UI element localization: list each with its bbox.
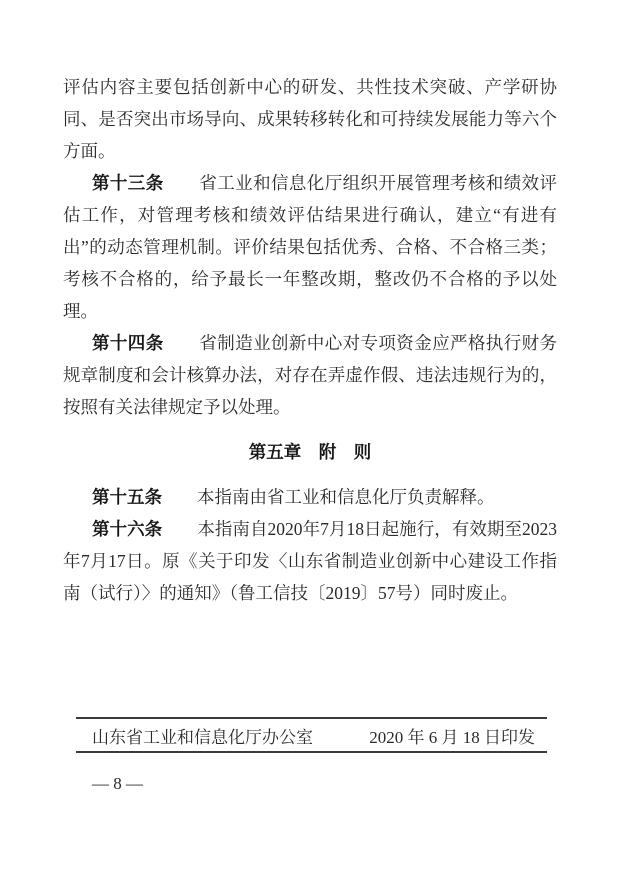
document-page: 评估内容主要包括创新中心的研发、共性技术突破、产学研协同、是否突出市场导向、成果…: [0, 0, 622, 869]
footer-rule-bottom: [76, 751, 547, 753]
page-number: — 8 —: [92, 772, 143, 796]
article-16-label: 第十六条: [92, 519, 162, 539]
paragraph-continuation: 评估内容主要包括创新中心的研发、共性技术突破、产学研协同、是否突出市场导向、成果…: [63, 71, 557, 167]
paragraph-text: 评估内容主要包括创新中心的研发、共性技术突破、产学研协同、是否突出市场导向、成果…: [63, 77, 557, 161]
article-15-label: 第十五条: [92, 487, 162, 507]
paragraph-article-16: 第十六条 本指南自2020年7月18日起施行，有效期至2023年7月17日。原《…: [63, 513, 557, 609]
paragraph-text: 省工业和信息化厅组织开展管理考核和绩效评估工作，对管理考核和绩效评估结果进行确认…: [63, 173, 557, 321]
paragraph-article-15: 第十五条 本指南由省工业和信息化厅负责解释。: [63, 481, 557, 513]
paragraph-text: 本指南由省工业和信息化厅负责解释。: [162, 487, 495, 507]
paragraph-article-14: 第十四条 省制造业创新中心对专项资金应严格执行财务规章制度和会计核算办法，对存在…: [63, 327, 557, 423]
chapter-heading: 第五章 附 则: [63, 436, 557, 468]
article-14-label: 第十四条: [92, 333, 164, 353]
paragraph-article-13: 第十三条 省工业和信息化厅组织开展管理考核和绩效评估工作，对管理考核和绩效评估结…: [63, 167, 557, 327]
footer-print-date: 2020 年 6 月 18 日印发: [369, 723, 535, 748]
article-13-label: 第十三条: [92, 173, 164, 193]
footer-imprint: 山东省工业和信息化厅办公室 2020 年 6 月 18 日印发: [76, 719, 547, 751]
document-body: 评估内容主要包括创新中心的研发、共性技术突破、产学研协同、是否突出市场导向、成果…: [63, 71, 557, 609]
footer-issuer: 山东省工业和信息化厅办公室: [92, 723, 313, 748]
